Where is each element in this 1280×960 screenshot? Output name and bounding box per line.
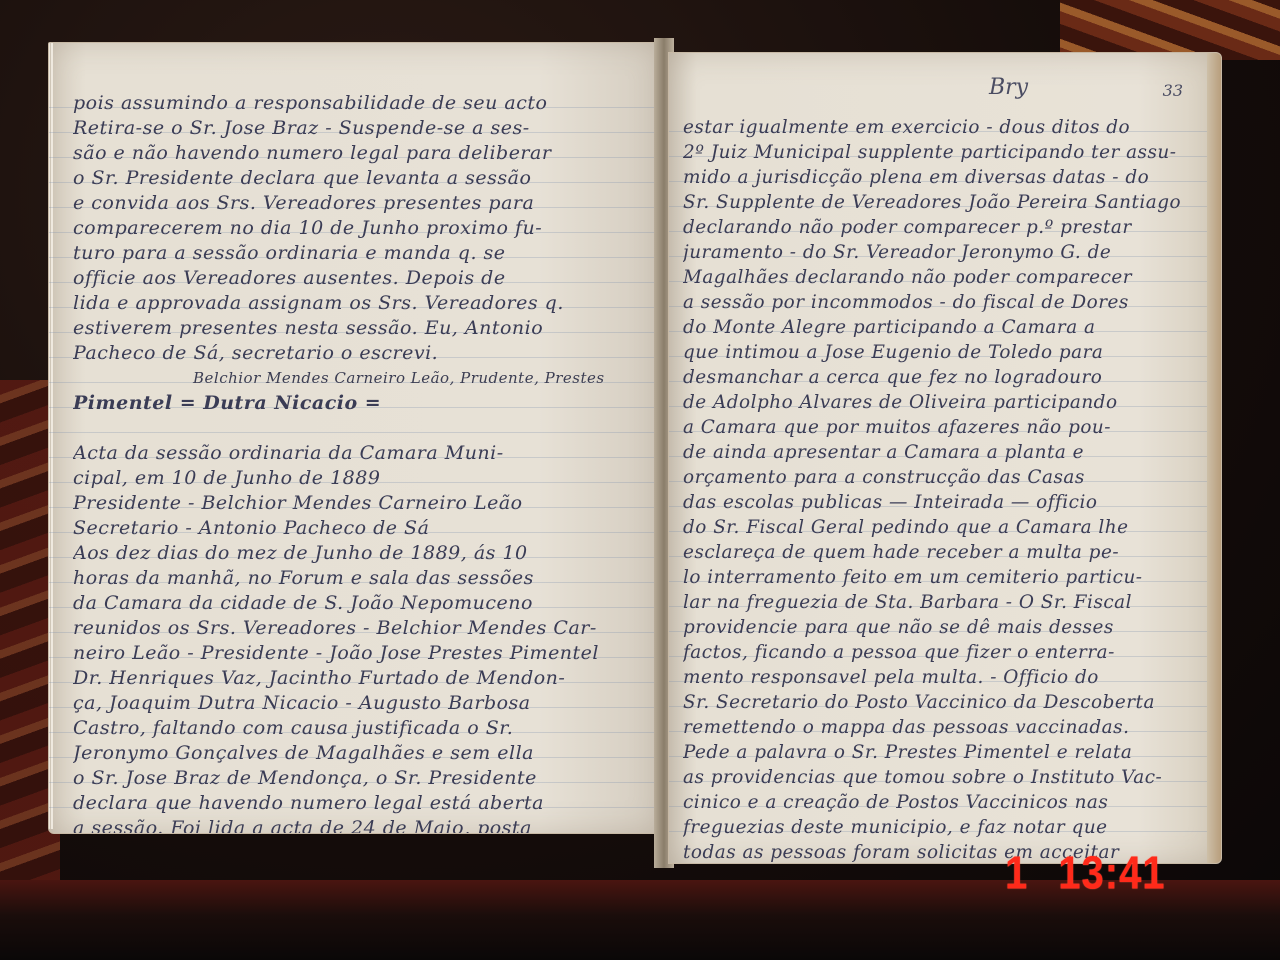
camera-timestamp-overlay: 113:41 [1005,848,1166,900]
text-line-inteirada: das escolas publicas — Inteirada — offic… [683,490,1199,515]
text-line: Pacheco de Sá, secretario o escrevi. [73,341,639,366]
text-line: cinico e a creação de Postos Vaccinicos … [683,790,1199,815]
text-line: officie aos Vereadores ausentes. Depois … [73,266,639,291]
text-line: pois assumindo a responsabilidade de seu… [73,91,639,116]
text-line: as providencias que tomou sobre o Instit… [683,765,1199,790]
text-line: declara que havendo numero legal está ab… [73,791,639,816]
text-line: a sessão por incommodos - do fiscal de D… [683,290,1199,315]
text-line: de ainda apresentar a Camara a planta e [683,440,1199,465]
text-line: Pede a palavra o Sr. Prestes Pimentel e … [683,740,1199,765]
text-line: neiro Leão - Presidente - João Jose Pres… [73,641,639,666]
president-line: Presidente - Belchior Mendes Carneiro Le… [73,491,639,516]
text-line: desmanchar a cerca que fez no logradouro [683,365,1199,390]
blank-line [73,416,639,441]
signatures: Belchior Mendes Carneiro Leão, Prudente,… [73,366,639,391]
text-line: freguezias deste municipio, e faz notar … [683,815,1199,840]
text-line: lo interramento feito em um cemiterio pa… [683,565,1199,590]
text-line: juramento - do Sr. Vereador Jeronymo G. … [683,240,1199,265]
text-line: Castro, faltando com causa justificada o… [73,716,639,741]
timestamp-time: 13:41 [1058,848,1165,899]
minutes-date: cipal, em 10 de Junho de 1889 [73,466,639,491]
text-line: mento responsavel pela multa. - Officio … [683,665,1199,690]
text-line: o Sr. Jose Braz de Mendonça, o Sr. Presi… [73,766,639,791]
right-page-handwriting: estar igualmente em exercicio - dous dit… [683,115,1199,864]
text-line: lar na freguezia de Sta. Barbara - O Sr.… [683,590,1199,615]
text-line: providencie para que não se dê mais dess… [683,615,1199,640]
text-line: Retira-se o Sr. Jose Braz - Suspende-se … [73,116,639,141]
text-line: remettendo o mappa das pessoas vaccinada… [683,715,1199,740]
left-page: pois assumindo a responsabilidade de seu… [48,42,662,834]
text-line: orçamento para a construcção das Casas [683,465,1199,490]
text-line: ça, Joaquim Dutra Nicacio - Augusto Barb… [73,691,639,716]
text-line: Magalhães declarando não poder comparece… [683,265,1199,290]
signatures-continued: Pimentel = Dutra Nicacio = [73,391,639,416]
text-line: estiverem presentes nesta sessão. Eu, An… [73,316,639,341]
text-line: turo para a sessão ordinaria e manda q. … [73,241,639,266]
text-line: o Sr. Presidente declara que levanta a s… [73,166,639,191]
timestamp-day: 1 [1005,848,1028,899]
text-line: Dr. Henriques Vaz, Jacintho Furtado de M… [73,666,639,691]
right-page: Bry 33 estar igualmente em exercicio - d… [668,52,1222,864]
text-line: reunidos os Srs. Vereadores - Belchior M… [73,616,639,641]
text-line: do Monte Alegre participando a Camara a [683,315,1199,340]
text-line: que intimou a Jose Eugenio de Toledo par… [683,340,1199,365]
text-line: comparecerem no dia 10 de Junho proximo … [73,216,639,241]
text-line: estar igualmente em exercicio - dous dit… [683,115,1199,140]
page-header: Bry 33 [669,75,1221,105]
text-line: Sr. Supplente de Vereadores João Pereira… [683,190,1199,215]
text-line: a Camara que por muitos afazeres não pou… [683,415,1199,440]
text-line: Sr. Secretario do Posto Vaccinico da Des… [683,690,1199,715]
secretary-line: Secretario - Antonio Pacheco de Sá [73,516,639,541]
text-line: são e não havendo numero legal para deli… [73,141,639,166]
text-line: do Sr. Fiscal Geral pedindo que a Camara… [683,515,1199,540]
text-line: mido a jurisdicção plena em diversas dat… [683,165,1199,190]
page-header-mark: Bry [989,75,1028,100]
text-line: de Adolpho Alvares de Oliveira participa… [683,390,1199,415]
text-line: esclareça de quem hade receber a multa p… [683,540,1199,565]
text-line: factos, ficando a pessoa que fizer o ent… [683,640,1199,665]
text-line: Aos dez dias do mez de Junho de 1889, ás… [73,541,639,566]
text-line: e convida aos Srs. Vereadores presentes … [73,191,639,216]
open-ledger-book: pois assumindo a responsabilidade de seu… [48,38,1280,918]
left-page-handwriting: pois assumindo a responsabilidade de seu… [73,91,639,834]
text-line: Jeronymo Gonçalves de Magalhães e sem el… [73,741,639,766]
text-line: horas da manhã, no Forum e sala das sess… [73,566,639,591]
text-line: 2º Juiz Municipal supplente participando… [683,140,1199,165]
minutes-title: Acta da sessão ordinaria da Camara Muni- [73,441,639,466]
text-line: da Camara da cidade de S. João Nepomucen… [73,591,639,616]
text-line: a sessão. Foi lida a acta de 24 de Maio,… [73,816,639,834]
page-number: 33 [1163,81,1183,100]
text-line: declarando não poder comparecer p.º pres… [683,215,1199,240]
text-line: lida e approvada assignam os Srs. Veread… [73,291,639,316]
